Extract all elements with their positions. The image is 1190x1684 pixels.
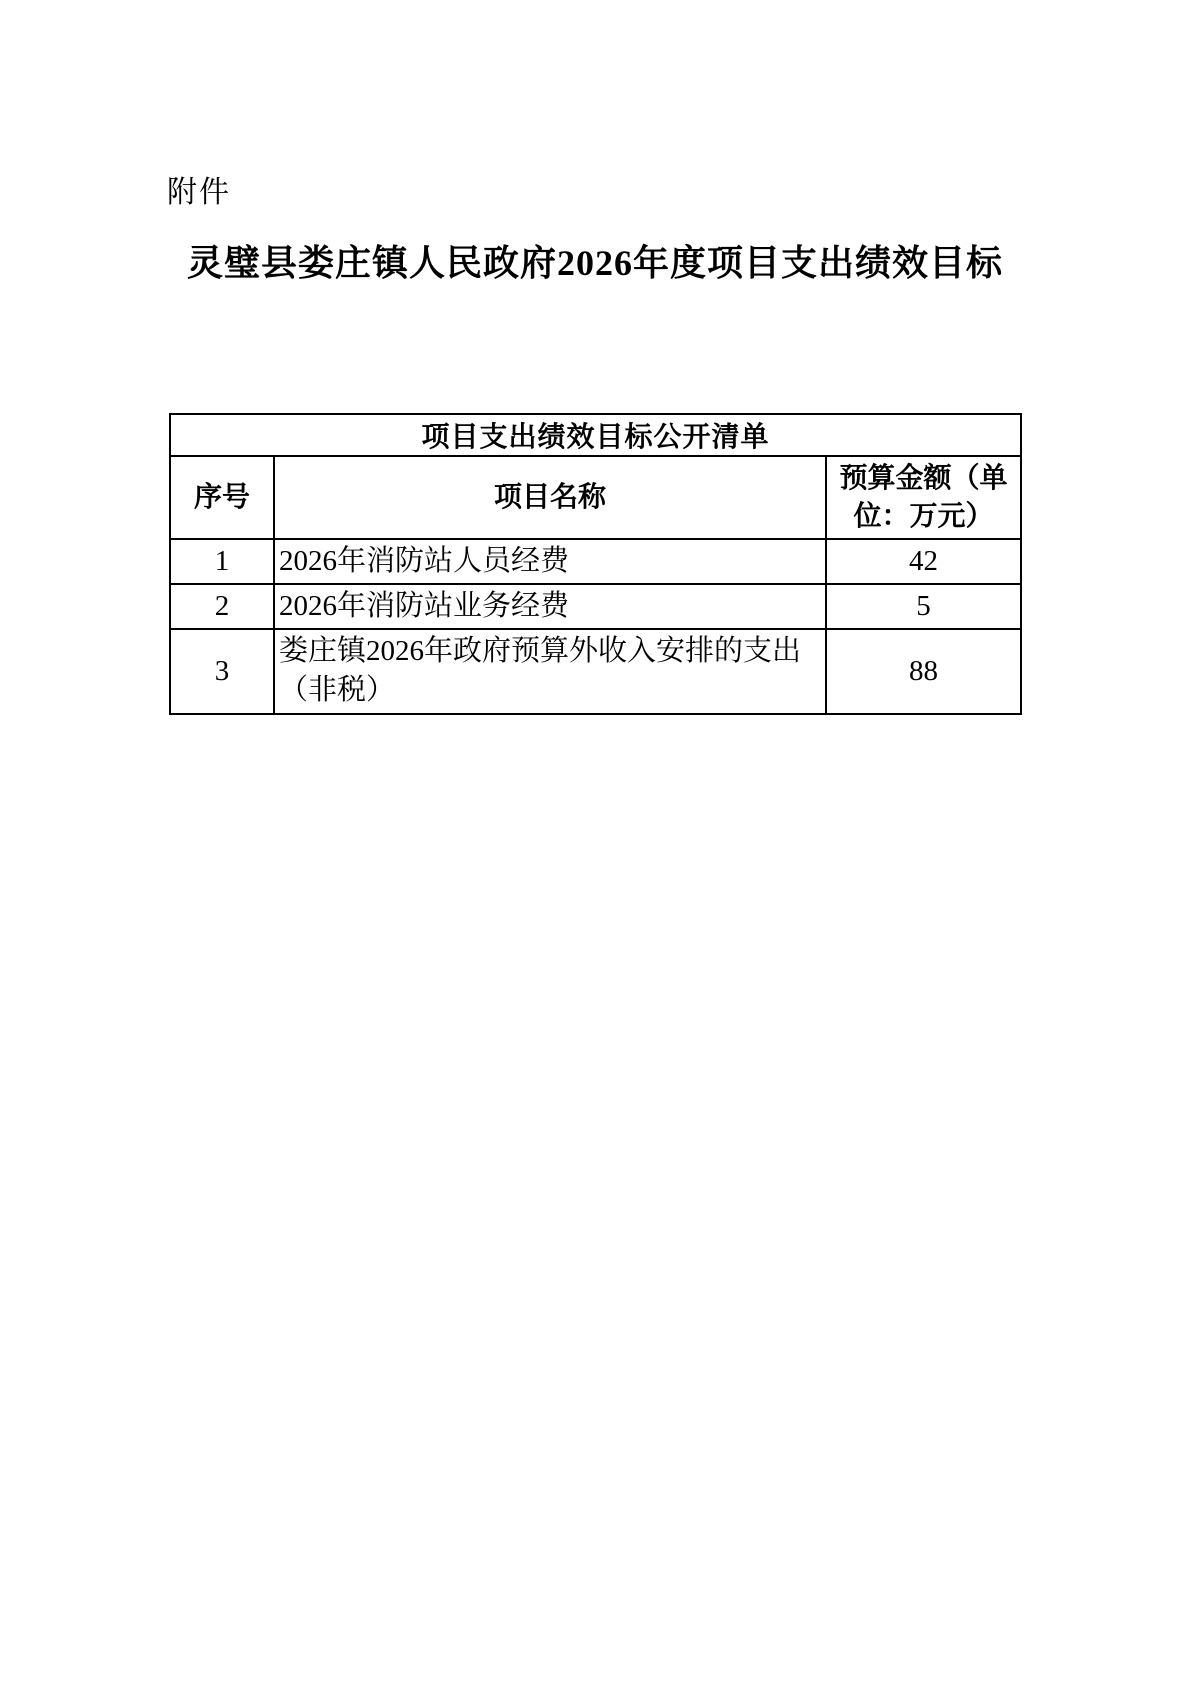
row-project-name: 娄庄镇2026年政府预算外收入安排的支出（非税） (274, 629, 826, 713)
table-row: 3 娄庄镇2026年政府预算外收入安排的支出（非税） 88 (170, 629, 1021, 713)
column-header-project-name: 项目名称 (274, 456, 826, 539)
column-header-budget-amount: 预算金额（单位：万元） (826, 456, 1021, 539)
attachment-label: 附件 (167, 176, 231, 209)
row-budget-amount: 88 (826, 629, 1021, 713)
table-row: 2 2026年消防站业务经费 5 (170, 584, 1021, 629)
row-project-name: 2026年消防站业务经费 (274, 584, 826, 629)
table-header-row: 序号 项目名称 预算金额（单位：万元） (170, 456, 1021, 539)
row-budget-amount: 5 (826, 584, 1021, 629)
row-serial: 2 (170, 584, 274, 629)
document-page: 附件 灵璧县娄庄镇人民政府2026年度项目支出绩效目标 项目支出绩效目标公开清单… (0, 0, 1190, 1684)
table-row: 1 2026年消防站人员经费 42 (170, 539, 1021, 584)
row-budget-amount: 42 (826, 539, 1021, 584)
row-serial: 3 (170, 629, 274, 713)
column-header-serial: 序号 (170, 456, 274, 539)
performance-target-table: 项目支出绩效目标公开清单 序号 项目名称 预算金额（单位：万元） 1 2026年… (169, 413, 1022, 715)
document-title: 灵璧县娄庄镇人民政府2026年度项目支出绩效目标 (0, 243, 1190, 284)
row-project-name: 2026年消防站人员经费 (274, 539, 826, 584)
table-caption-row: 项目支出绩效目标公开清单 (170, 414, 1021, 456)
row-serial: 1 (170, 539, 274, 584)
table-caption: 项目支出绩效目标公开清单 (170, 414, 1021, 456)
